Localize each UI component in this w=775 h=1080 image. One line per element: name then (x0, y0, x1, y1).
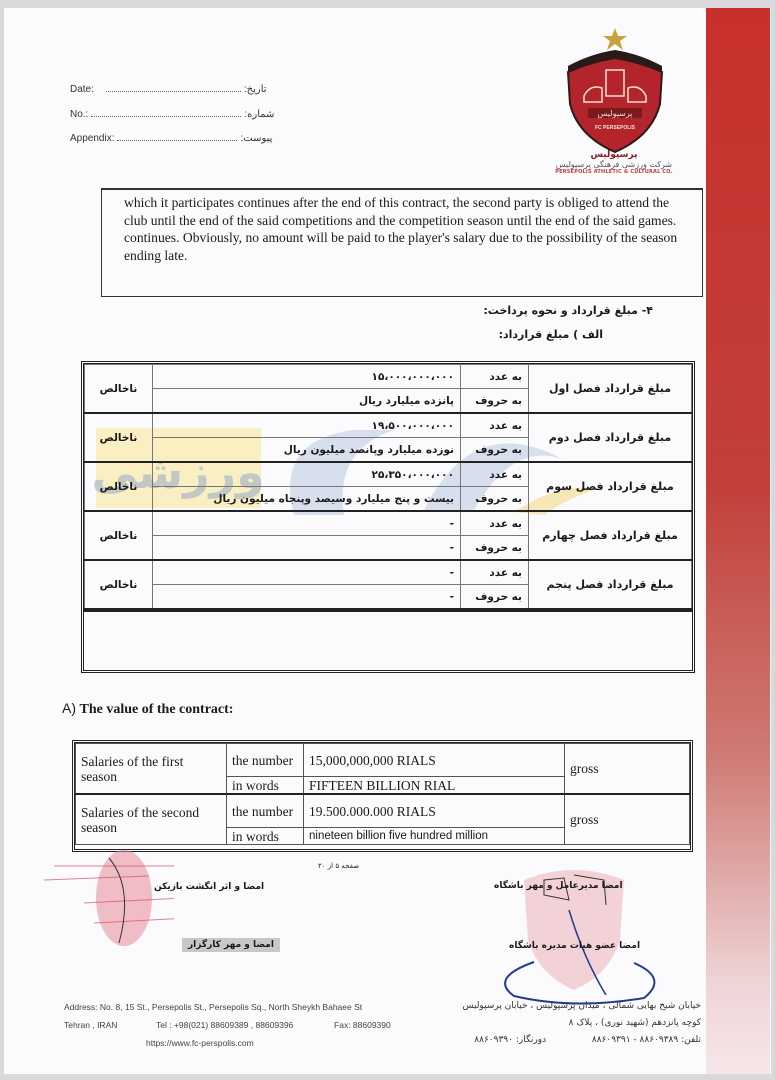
the-number-label: the number (227, 794, 304, 828)
fa-table-row: مبلغ قرارداد فصل پنجمبه عدد-ناخالص (85, 560, 692, 585)
appendix-label: Appendix: (70, 133, 114, 144)
in-words-label-en: in words (227, 777, 304, 795)
date-label: Date: (70, 84, 94, 95)
number-label-fa: شماره: (244, 109, 274, 120)
amount-words-en: FIFTEEN BILLION RIAL (304, 777, 565, 795)
ceo-signature-label: امضا مدیرعامل و مهر باشگاه (494, 881, 623, 891)
amount-number-en: 15,000,000,000 RIALS (304, 744, 565, 777)
appendix-line (117, 139, 237, 141)
amount-words: - (153, 585, 461, 610)
amount-number: ۱۹،۵۰۰،۰۰۰،۰۰۰ (153, 413, 461, 438)
amount-number: ۱۵،۰۰۰،۰۰۰،۰۰۰ (153, 365, 461, 389)
amount-words: پانزده میلیارد ریال (153, 389, 461, 414)
number-line (91, 115, 241, 117)
net-type: ناخالص (85, 560, 153, 609)
contact-line-fa: تلفن: ۸۸۶۰۹۳۸۹ - ۸۸۶۰۹۳۹۱ دورنگار: ۸۸۶۰۹… (463, 1032, 702, 1049)
amount-words-en: nineteen billion five hundred million (304, 828, 565, 845)
section-subheading-fa: الف ) مبلغ قرارداد: (499, 328, 603, 341)
company-name-en: PERSEPOLIS ATHLETIC & CULTURAL CO. (534, 169, 694, 175)
season-label-en: Salaries of the second season (76, 794, 227, 845)
gross-type: gross (565, 744, 690, 795)
amount-number-en: 19.500.000.000 RIALS (304, 794, 565, 828)
persepolis-crest-logo: پرسپولیس FC PERSEPOLIS (560, 26, 670, 156)
en-table-row: Salaries of the second seasonthe number1… (76, 794, 690, 828)
appendix-label-fa: پیوست: (240, 133, 272, 144)
the-number-label: the number (227, 744, 304, 777)
footer-address-fa: خیابان شیخ بهایی شمالی ، میدان پرسپولیس … (463, 998, 702, 1049)
amount-words: بیست و پنج میلیارد وسیصد وپنجاه میلیون ر… (153, 487, 461, 512)
empty-table-row (84, 610, 692, 669)
company-name-block: پرسپولیس شرکت ورزشی فرهنگی پرسپولیس PERS… (534, 150, 694, 175)
season-label: مبلغ قرارداد فصل سوم (529, 462, 692, 511)
address-fa-line-2: کوچه پانزدهم (شهید نوری) ، پلاک ۸ (463, 1015, 702, 1032)
amount-words: - (153, 536, 461, 561)
amount-words: نوزده میلیارد وپانصد میلیون ریال (153, 438, 461, 463)
number-field: No.: شماره: (70, 109, 274, 120)
player-signature-label: امضا و اثر انگشت بازیکن (154, 882, 264, 892)
address-en: Address: No. 8, 15 St., Persepolis St., … (64, 998, 391, 1016)
red-side-strip (706, 8, 770, 1074)
amount-number: - (153, 511, 461, 536)
fa-table-row: مبلغ قرارداد فصل چهارمبه عدد-ناخالص (85, 511, 692, 536)
footer-address-en: Address: No. 8, 15 St., Persepolis St., … (64, 998, 391, 1052)
by-number-label: به عدد (461, 462, 529, 487)
club-name-fa: پرسپولیس (534, 150, 694, 160)
net-type: ناخالص (85, 511, 153, 560)
en-table-row: Salaries of the first seasonthe number15… (76, 744, 690, 777)
in-words-label: به حروف (461, 487, 529, 512)
fa-table-row: مبلغ قرارداد فصل اولبه عدد۱۵،۰۰۰،۰۰۰،۰۰۰… (85, 365, 692, 389)
net-type: ناخالص (85, 365, 153, 414)
fa-table-row: مبلغ قرارداد فصل دومبه عدد۱۹،۵۰۰،۰۰۰،۰۰۰… (85, 413, 692, 438)
in-words-label: به حروف (461, 438, 529, 463)
section-heading-fa: ۴- مبلغ قرارداد و نحوه پرداخت: (483, 304, 653, 317)
season-label-en: Salaries of the first season (76, 744, 227, 795)
amount-number: ۲۵،۳۵۰،۰۰۰،۰۰۰ (153, 462, 461, 487)
appendix-field: Appendix: پیوست: (70, 133, 272, 144)
contract-value-table-en: Salaries of the first seasonthe number15… (72, 740, 693, 852)
contract-clause-box: which it participates continues after th… (101, 188, 703, 297)
date-line (106, 90, 241, 92)
contract-page: Date: تاریخ: No.: شماره: Appendix: پیوست… (4, 8, 771, 1074)
number-label: No.: (70, 109, 88, 120)
contract-clause-text: which it participates continues after th… (124, 194, 694, 264)
season-label: مبلغ قرارداد فصل چهارم (529, 511, 692, 560)
contract-amount-table-fa: مبلغ قرارداد فصل اولبه عدد۱۵،۰۰۰،۰۰۰،۰۰۰… (81, 361, 695, 673)
in-words-label: به حروف (461, 585, 529, 610)
amount-number: - (153, 560, 461, 585)
by-number-label: به عدد (461, 413, 529, 438)
in-words-label-en: in words (227, 828, 304, 845)
net-type: ناخالص (85, 413, 153, 462)
svg-text:پرسپولیس: پرسپولیس (598, 109, 633, 118)
in-words-label: به حروف (461, 389, 529, 414)
section-heading-en: A) The value of the contract: (62, 700, 233, 718)
signature-stroke (569, 910, 609, 995)
by-number-label: به عدد (461, 511, 529, 536)
contact-line-en: Tehran , IRAN Tel : +98(021) 88609389 , … (64, 1016, 391, 1034)
star-icon (603, 28, 627, 50)
address-fa-line-1: خیابان شیخ بهایی شمالی ، میدان پرسپولیس … (463, 998, 702, 1015)
board-signature-label: امضا عضو هیات مدیره باشگاه (509, 941, 640, 951)
by-number-label: به عدد (461, 560, 529, 585)
net-type: ناخالص (85, 462, 153, 511)
company-name-fa: شرکت ورزشی فرهنگی پرسپولیس (534, 160, 694, 169)
agent-signature-label: امضا و مهر کارگزار (182, 938, 280, 952)
fa-table-row: مبلغ قرارداد فصل سومبه عدد۲۵،۳۵۰،۰۰۰،۰۰۰… (85, 462, 692, 487)
season-label: مبلغ قرارداد فصل اول (529, 365, 692, 414)
date-field: Date: تاریخ: (70, 84, 267, 95)
fingerprint-stamp (44, 848, 174, 958)
club-stamp (514, 850, 634, 995)
in-words-label: به حروف (461, 536, 529, 561)
gross-type: gross (565, 794, 690, 845)
date-label-fa: تاریخ: (244, 84, 267, 95)
website-link[interactable]: https://www.fc-perspolis.com (64, 1034, 391, 1052)
svg-text:FC PERSEPOLIS: FC PERSEPOLIS (595, 125, 636, 131)
by-number-label: به عدد (461, 365, 529, 389)
season-label: مبلغ قرارداد فصل پنجم (529, 560, 692, 609)
season-label: مبلغ قرارداد فصل دوم (529, 413, 692, 462)
page-number: صفحه ۵ از ۲۰ (318, 862, 359, 870)
